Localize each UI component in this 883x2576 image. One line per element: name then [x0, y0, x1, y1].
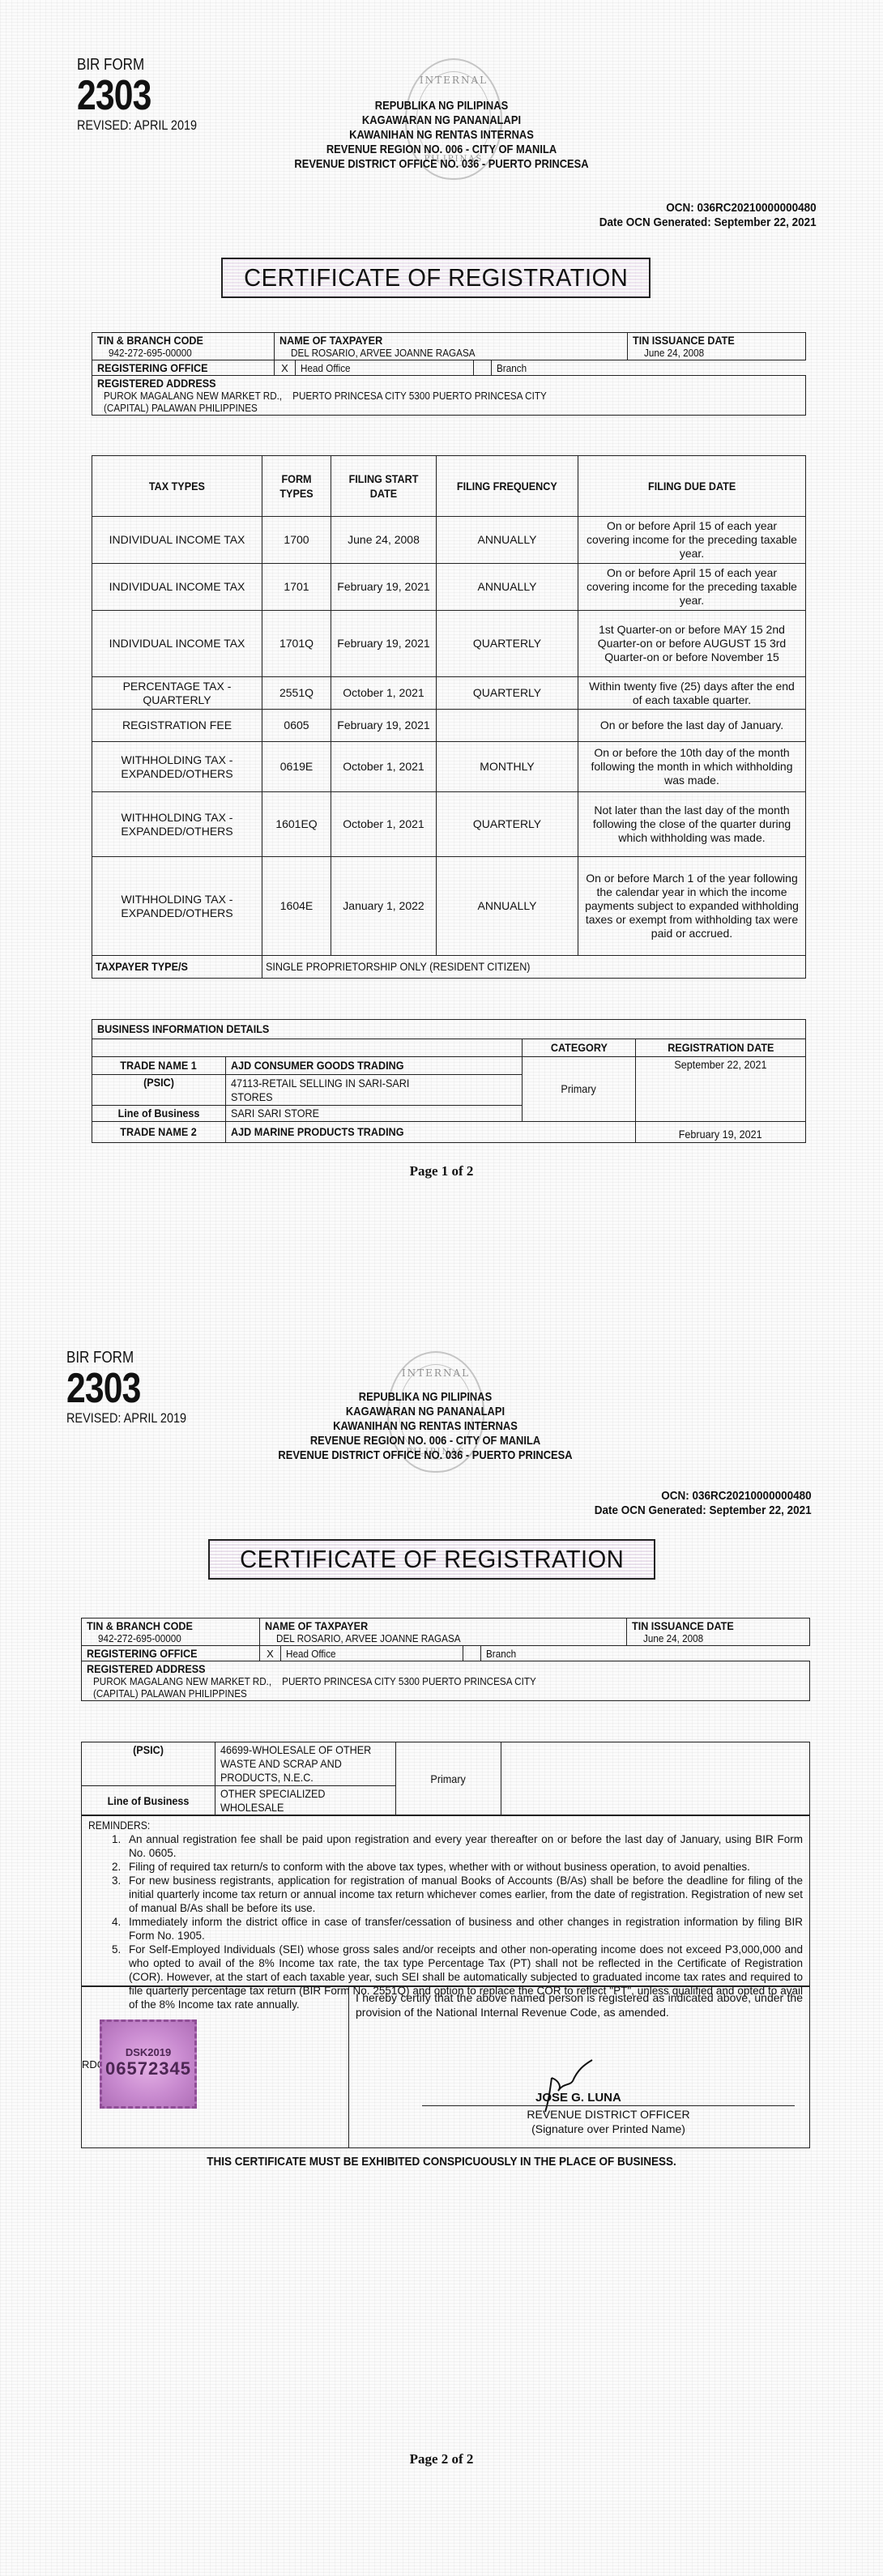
tin-issuance-label: TIN ISSUANCE DATE [632, 1619, 734, 1632]
taxpayer-name: DEL ROSARIO, ARVEE JOANNE RAGASA [291, 347, 476, 359]
address-label: REGISTERED ADDRESS [87, 1662, 206, 1675]
col-form-types: FORM TYPES [269, 471, 324, 501]
category-label: CATEGORY [550, 1041, 607, 1055]
ocn-block: OCN: 036RC20210000000480 Date OCN Genera… [575, 201, 817, 230]
filing-start-cell: February 19, 2021 [331, 710, 437, 742]
page-number: Page 1 of 2 [0, 1163, 883, 1179]
taxpayer-info-table: TIN & BRANCH CODE 942-272-695-00000 NAME… [81, 1618, 810, 1701]
frequency-cell: QUARTERLY [437, 792, 578, 857]
branch-label: Branch [497, 362, 527, 374]
certificate-page-1: BIR FORM 2303 REVISED: APRIL 2019 INTERN… [0, 0, 883, 1264]
agency-line: REVENUE DISTRICT OFFICE NO. 036 - PUERTO… [62, 157, 821, 172]
agency-line: REVENUE REGION NO. 006 - CITY OF MANILA [62, 143, 821, 157]
filing-start-cell: October 1, 2021 [331, 677, 437, 710]
filing-start-cell: February 19, 2021 [331, 611, 437, 677]
reminders-title: REMINDERS: [88, 1819, 150, 1832]
col-due-date: FILING DUE DATE [648, 479, 736, 493]
due-date-cell: Not later than the last day of the month… [578, 792, 806, 857]
trade-2-psic: 46699-WHOLESALE OF OTHER WASTE AND SCRAP… [220, 1743, 373, 1785]
form-type-cell: 1701 [262, 564, 331, 611]
tax-type-row: WITHHOLDING TAX - EXPANDED/OTHERS0619EOc… [92, 742, 806, 792]
agency-line: REVENUE REGION NO. 006 - CITY OF MANILA [45, 1434, 804, 1448]
trade-name-2-label: TRADE NAME 2 [121, 1125, 198, 1139]
certificate-page-2: BIR FORM 2303 REVISED: APRIL 2019 INTERN… [0, 1264, 883, 2576]
certificate-title: CERTIFICATE OF REGISTRATION [221, 258, 651, 298]
taxpayer-name-label: NAME OF TAXPAYER [279, 334, 382, 347]
form-type-cell: 1601EQ [262, 792, 331, 857]
business-psic-table: (PSIC) 46699-WHOLESALE OF OTHER WASTE AN… [81, 1742, 810, 1816]
head-office-checkbox: X [275, 360, 296, 376]
form-type-cell: 1701Q [262, 611, 331, 677]
branch-label: Branch [486, 1648, 516, 1660]
ocn-block: OCN: 036RC20210000000480 Date OCN Genera… [570, 1489, 812, 1518]
filing-start-cell: October 1, 2021 [331, 792, 437, 857]
address-line-1: PUROK MAGALANG NEW MARKET RD., PUERTO PR… [93, 1675, 536, 1687]
due-date-cell: 1st Quarter-on or before MAY 15 2nd Quar… [578, 611, 806, 677]
tax-type-row: REGISTRATION FEE0605February 19, 2021On … [92, 710, 806, 742]
agency-header: REPUBLIKA NG PILIPINAS KAGAWARAN NG PANA… [0, 1390, 867, 1463]
trade-1-category: Primary [561, 1082, 596, 1096]
frequency-cell: ANNUALLY [437, 517, 578, 564]
business-section-label: BUSINESS INFORMATION DETAILS [97, 1022, 269, 1036]
tax-type-cell: REGISTRATION FEE [92, 710, 262, 742]
head-office-label: Head Office [301, 362, 351, 374]
tax-types-table: TAX TYPES FORM TYPES FILING START DATE F… [92, 455, 806, 979]
frequency-cell: ANNUALLY [437, 857, 578, 956]
address-line-2: (CAPITAL) PALAWAN PHILIPPINES [93, 1687, 247, 1700]
registration-date-label: REGISTRATION DATE [668, 1041, 774, 1055]
trade-1-psic: 47113-RETAIL SELLING IN SARI-SARI STORES [231, 1077, 450, 1104]
tax-type-cell: WITHHOLDING TAX - EXPANDED/OTHERS [92, 792, 262, 857]
agency-header: REPUBLIKA NG PILIPINAS KAGAWARAN NG PANA… [0, 99, 883, 172]
reminder-item: For new business registrants, applicatio… [124, 1874, 803, 1915]
registering-office-label: REGISTERING OFFICE [87, 1647, 198, 1660]
tin-value: 942-272-695-00000 [109, 347, 192, 359]
tax-type-cell: WITHHOLDING TAX - EXPANDED/OTHERS [92, 742, 262, 792]
filing-start-cell: June 24, 2008 [331, 517, 437, 564]
due-date-cell: On or before the 10th day of the month f… [578, 742, 806, 792]
certificate-title: CERTIFICATE OF REGISTRATION [208, 1539, 655, 1580]
tax-type-row: INDIVIDUAL INCOME TAX1701February 19, 20… [92, 564, 806, 611]
head-office-checkbox: X [260, 1646, 281, 1661]
agency-line: KAWANIHAN NG RENTAS INTERNAS [45, 1419, 804, 1434]
branch-checkbox [474, 360, 492, 376]
form-type-cell: 0619E [262, 742, 331, 792]
signature-caption: (Signature over Printed Name) [422, 2122, 795, 2136]
ocn-number: OCN: 036RC20210000000480 [595, 1489, 812, 1503]
form-label: BIR FORM [77, 57, 197, 73]
line-of-business-label: Line of Business [118, 1107, 200, 1120]
taxpayer-info-table: TIN & BRANCH CODE 942-272-695-00000 NAME… [92, 332, 806, 416]
tin-issuance-date: June 24, 2008 [643, 1632, 703, 1644]
officer-title: REVENUE DISTRICT OFFICER [422, 2107, 795, 2122]
form-type-cell: 1700 [262, 517, 331, 564]
frequency-cell: MONTHLY [437, 742, 578, 792]
ocn-date: Date OCN Generated: September 22, 2021 [595, 1503, 812, 1518]
form-type-cell: 1604E [262, 857, 331, 956]
taxpayer-name-label: NAME OF TAXPAYER [265, 1619, 368, 1632]
registering-office-label: REGISTERING OFFICE [97, 361, 208, 374]
reminder-item: Filing of required tax return/s to confo… [124, 1860, 803, 1874]
trade-name-1: AJD CONSUMER GOODS TRADING [231, 1059, 404, 1073]
trade-2-line-of-business: OTHER SPECIALIZED WHOLESALE [220, 1787, 373, 1815]
tin-value: 942-272-695-00000 [98, 1632, 181, 1644]
frequency-cell: QUARTERLY [437, 611, 578, 677]
trade-name-2: AJD MARINE PRODUCTS TRADING [231, 1125, 404, 1139]
tax-type-cell: INDIVIDUAL INCOME TAX [92, 611, 262, 677]
filing-start-cell: February 19, 2021 [331, 564, 437, 611]
tin-label: TIN & BRANCH CODE [87, 1619, 193, 1632]
tin-issuance-label: TIN ISSUANCE DATE [633, 334, 735, 347]
taxpayer-type-label: TAXPAYER TYPE/S [96, 960, 188, 974]
due-date-cell: Within twenty five (25) days after the e… [578, 677, 806, 710]
form-type-cell: 0605 [262, 710, 331, 742]
due-date-cell: On or before April 15 of each year cover… [578, 517, 806, 564]
tax-type-cell: WITHHOLDING TAX - EXPANDED/OTHERS [92, 857, 262, 956]
tax-type-row: WITHHOLDING TAX - EXPANDED/OTHERS1604EJa… [92, 857, 806, 956]
tax-type-row: INDIVIDUAL INCOME TAX1701QFebruary 19, 2… [92, 611, 806, 677]
certification-statement: I hereby certify that the above named pe… [356, 1990, 803, 2019]
ocn-date: Date OCN Generated: September 22, 2021 [599, 215, 817, 230]
certification-section: RDO DSK2019 06572345 I hereby certify th… [81, 1986, 810, 2148]
trade-1-registration-date: September 22, 2021 [674, 1058, 766, 1072]
reminder-item: Immediately inform the district office i… [124, 1915, 803, 1943]
trade-2-category: Primary [431, 1772, 466, 1786]
agency-line: REPUBLIKA NG PILIPINAS [45, 1390, 804, 1405]
tax-type-cell: PERCENTAGE TAX - QUARTERLY [92, 677, 262, 710]
branch-checkbox [463, 1646, 481, 1661]
col-frequency: FILING FREQUENCY [457, 479, 557, 493]
agency-line: KAWANIHAN NG RENTAS INTERNAS [62, 128, 821, 143]
head-office-label: Head Office [286, 1648, 336, 1660]
address-label: REGISTERED ADDRESS [97, 377, 216, 390]
trade-1-line-of-business: SARI SARI STORE [231, 1107, 319, 1120]
tax-type-row: PERCENTAGE TAX - QUARTERLY2551QOctober 1… [92, 677, 806, 710]
documentary-stamp: DSK2019 06572345 [100, 2019, 197, 2109]
page-number: Page 2 of 2 [0, 2451, 883, 2467]
frequency-cell: QUARTERLY [437, 677, 578, 710]
frequency-cell: ANNUALLY [437, 564, 578, 611]
agency-line: KAGAWARAN NG PANANALAPI [62, 113, 821, 128]
taxpayer-type-value: SINGLE PROPRIETORSHIP ONLY (RESIDENT CIT… [266, 960, 531, 974]
tin-issuance-date: June 24, 2008 [644, 347, 704, 359]
stamp-year: DSK2019 [102, 2046, 194, 2058]
officer-name: JOSE G. LUNA [535, 2091, 621, 2105]
reminder-item: An annual registration fee shall be paid… [124, 1832, 803, 1860]
filing-start-cell: October 1, 2021 [331, 742, 437, 792]
tax-type-cell: INDIVIDUAL INCOME TAX [92, 564, 262, 611]
reminders-section: REMINDERS: An annual registration fee sh… [81, 1815, 810, 1986]
tax-type-row: INDIVIDUAL INCOME TAX1700June 24, 2008AN… [92, 517, 806, 564]
col-tax-types: TAX TYPES [149, 479, 205, 493]
due-date-cell: On or before April 15 of each year cover… [578, 564, 806, 611]
form-label: BIR FORM [66, 1350, 186, 1366]
exhibit-notice: THIS CERTIFICATE MUST BE EXHIBITED CONSP… [0, 2155, 883, 2169]
taxpayer-name: DEL ROSARIO, ARVEE JOANNE RAGASA [276, 1632, 461, 1644]
form-type-cell: 2551Q [262, 677, 331, 710]
tax-type-cell: INDIVIDUAL INCOME TAX [92, 517, 262, 564]
trade-name-1-label: TRADE NAME 1 [121, 1059, 198, 1073]
address-line-2: (CAPITAL) PALAWAN PHILIPPINES [104, 402, 258, 414]
filing-start-cell: January 1, 2022 [331, 857, 437, 956]
tax-type-row: WITHHOLDING TAX - EXPANDED/OTHERS1601EQO… [92, 792, 806, 857]
col-filing-start: FILING START DATE [339, 471, 428, 501]
agency-line: REVENUE DISTRICT OFFICE NO. 036 - PUERTO… [45, 1448, 804, 1463]
stamp-number: 06572345 [102, 2058, 194, 2079]
due-date-cell: On or before March 1 of the year followi… [578, 857, 806, 956]
frequency-cell [437, 710, 578, 742]
ocn-number: OCN: 036RC20210000000480 [599, 201, 817, 215]
trade-2-registration-date: February 19, 2021 [679, 1128, 762, 1141]
due-date-cell: On or before the last day of January. [578, 710, 806, 742]
psic-label: (PSIC) [133, 1743, 164, 1757]
address-line-1: PUROK MAGALANG NEW MARKET RD., PUERTO PR… [104, 390, 547, 402]
reminders-list: An annual registration fee shall be paid… [124, 1832, 803, 2011]
business-info-table: BUSINESS INFORMATION DETAILS CATEGORY RE… [92, 1019, 806, 1143]
agency-line: REPUBLIKA NG PILIPINAS [62, 99, 821, 113]
line-of-business-label: Line of Business [108, 1794, 190, 1808]
tin-label: TIN & BRANCH CODE [97, 334, 203, 347]
agency-line: KAGAWARAN NG PANANALAPI [45, 1405, 804, 1419]
psic-label: (PSIC) [143, 1076, 174, 1090]
